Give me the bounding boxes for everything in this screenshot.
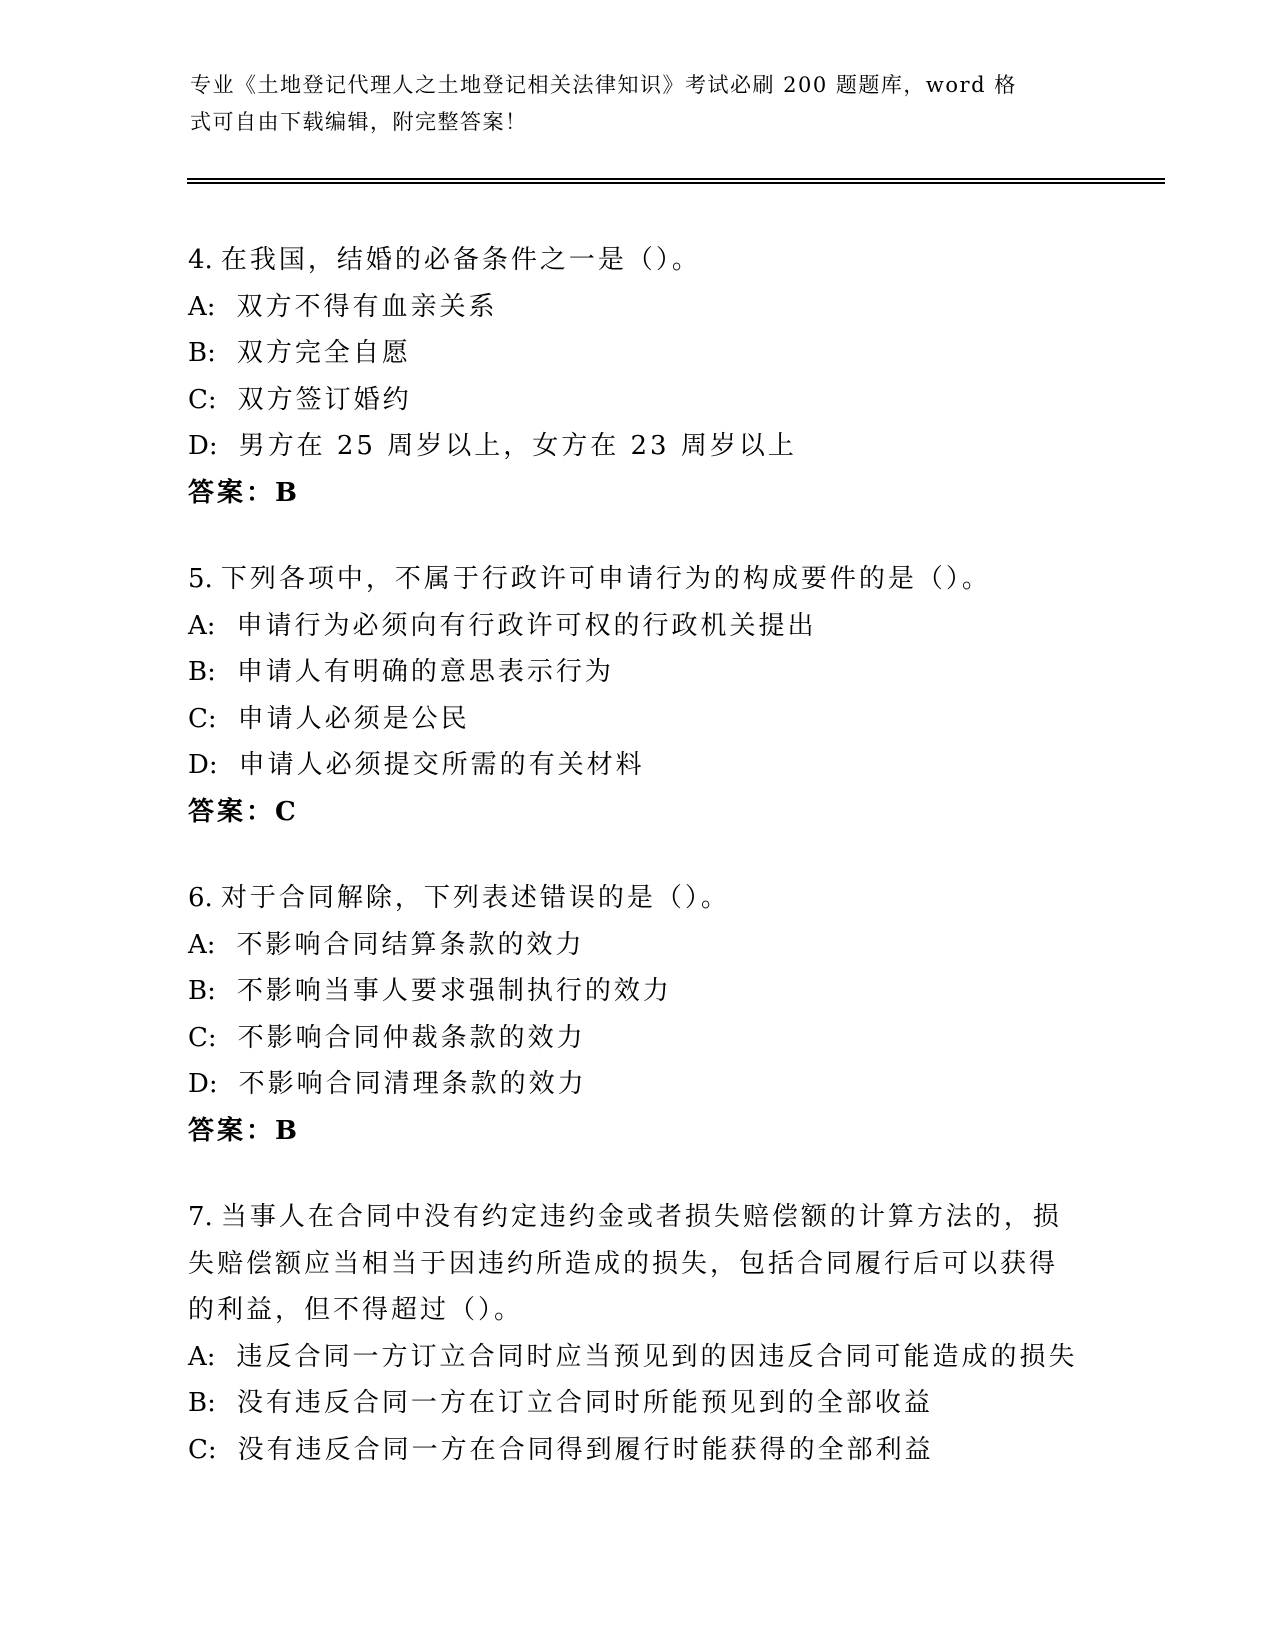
option-label: A: — [188, 292, 216, 322]
option-row: B:申请人有明确的意思表示行为 — [188, 649, 1168, 696]
question-number: 4. — [188, 245, 213, 275]
question-block: 5.下列各项中，不属于行政许可申请行为的构成要件的是（）。A:申请行为必须向有行… — [188, 556, 1168, 835]
option-text: 双方不得有血亲关系 — [237, 292, 498, 322]
option-label: B: — [188, 338, 216, 368]
question-stem-text: 对于合同解除，下列表述错误的是（）。 — [221, 883, 730, 913]
option-label: C: — [188, 1435, 217, 1465]
question-stem-line: 失赔偿额应当相当于因违约所造成的损失，包括合同履行后可以获得 — [188, 1241, 1168, 1288]
option-text: 双方完全自愿 — [237, 338, 411, 368]
option-text: 不影响当事人要求强制执行的效力 — [237, 976, 672, 1006]
question-number: 7. — [188, 1202, 213, 1232]
question-stem-line: 7.当事人在合同中没有约定违约金或者损失赔偿额的计算方法的，损 — [188, 1194, 1168, 1241]
option-text: 申请人必须提交所需的有关材料 — [239, 750, 645, 780]
option-row: D:不影响合同清理条款的效力 — [188, 1061, 1168, 1108]
option-label: B: — [188, 1388, 216, 1418]
option-text: 没有违反合同一方在订立合同时所能预见到的全部收益 — [237, 1388, 933, 1418]
option-label: A: — [188, 611, 216, 641]
header-line: 专业《土地登记代理人之土地登记相关法律知识》考试必刷 200 题题库，word … — [190, 67, 1170, 104]
option-label: D: — [188, 750, 218, 780]
option-row: A:申请行为必须向有行政许可权的行政机关提出 — [188, 603, 1168, 650]
option-label: B: — [188, 657, 216, 687]
header-line: 式可自由下载编辑，附完整答案！ — [190, 104, 1170, 141]
option-label: C: — [188, 704, 217, 734]
question-stem-line: 的利益，但不得超过（）。 — [188, 1287, 1168, 1334]
question-stem-text: 下列各项中，不属于行政许可申请行为的构成要件的是（）。 — [221, 564, 991, 594]
option-row: B:没有违反合同一方在订立合同时所能预见到的全部收益 — [188, 1380, 1168, 1427]
page-header-note: 专业《土地登记代理人之土地登记相关法律知识》考试必刷 200 题题库，word … — [190, 67, 1170, 141]
question-stem-text: 当事人在合同中没有约定违约金或者损失赔偿额的计算方法的，损 — [221, 1202, 1062, 1232]
option-row: D:男方在 25 周岁以上，女方在 23 周岁以上 — [188, 423, 1168, 470]
option-text: 双方签订婚约 — [238, 385, 412, 415]
option-label: B: — [188, 976, 216, 1006]
question-block: 6.对于合同解除，下列表述错误的是（）。A:不影响合同结算条款的效力B:不影响当… — [188, 875, 1168, 1154]
option-row: A:违反合同一方订立合同时应当预见到的因违反合同可能造成的损失 — [188, 1334, 1168, 1381]
question-number: 5. — [188, 564, 213, 594]
question-stem-text: 的利益，但不得超过（）。 — [188, 1295, 523, 1325]
question-block: 7.当事人在合同中没有约定违约金或者损失赔偿额的计算方法的，损失赔偿额应当相当于… — [188, 1194, 1168, 1473]
option-text: 申请人有明确的意思表示行为 — [237, 657, 614, 687]
question-number: 6. — [188, 883, 213, 913]
question-stem-text: 在我国，结婚的必备条件之一是（）。 — [221, 245, 701, 275]
option-row: C:没有违反合同一方在合同得到履行时能获得的全部利益 — [188, 1427, 1168, 1474]
question-block: 4.在我国，结婚的必备条件之一是（）。A:双方不得有血亲关系B:双方完全自愿C:… — [188, 237, 1168, 516]
option-row: C:申请人必须是公民 — [188, 696, 1168, 743]
option-label: C: — [188, 385, 217, 415]
option-row: A:双方不得有血亲关系 — [188, 284, 1168, 331]
option-label: A: — [188, 1342, 216, 1372]
option-label: A: — [188, 930, 216, 960]
document-page: 专业《土地登记代理人之土地登记相关法律知识》考试必刷 200 题题库，word … — [0, 0, 1275, 1650]
answer-line: 答案：B — [188, 470, 1168, 517]
option-text: 违反合同一方订立合同时应当预见到的因违反合同可能造成的损失 — [237, 1342, 1078, 1372]
question-stem-text: 失赔偿额应当相当于因违约所造成的损失，包括合同履行后可以获得 — [188, 1249, 1058, 1279]
option-label: D: — [188, 431, 218, 461]
answer-line: 答案：B — [188, 1108, 1168, 1155]
option-row: B:不影响当事人要求强制执行的效力 — [188, 968, 1168, 1015]
option-row: A:不影响合同结算条款的效力 — [188, 922, 1168, 969]
question-stem-line: 4.在我国，结婚的必备条件之一是（）。 — [188, 237, 1168, 284]
option-text: 申请人必须是公民 — [238, 704, 470, 734]
option-row: C:不影响合同仲裁条款的效力 — [188, 1015, 1168, 1062]
answer-line: 答案：C — [188, 789, 1168, 836]
option-text: 男方在 25 周岁以上，女方在 23 周岁以上 — [239, 431, 797, 461]
option-text: 不影响合同结算条款的效力 — [237, 930, 585, 960]
question-stem-line: 5.下列各项中，不属于行政许可申请行为的构成要件的是（）。 — [188, 556, 1168, 603]
option-text: 申请行为必须向有行政许可权的行政机关提出 — [237, 611, 817, 641]
option-text: 不影响合同仲裁条款的效力 — [238, 1023, 586, 1053]
option-label: C: — [188, 1023, 217, 1053]
option-row: B:双方完全自愿 — [188, 330, 1168, 377]
option-row: C:双方签订婚约 — [188, 377, 1168, 424]
header-divider — [187, 178, 1165, 184]
option-row: D:申请人必须提交所需的有关材料 — [188, 742, 1168, 789]
option-text: 不影响合同清理条款的效力 — [239, 1069, 587, 1099]
option-text: 没有违反合同一方在合同得到履行时能获得的全部利益 — [238, 1435, 934, 1465]
questions: 4.在我国，结婚的必备条件之一是（）。A:双方不得有血亲关系B:双方完全自愿C:… — [188, 237, 1168, 1513]
question-stem-line: 6.对于合同解除，下列表述错误的是（）。 — [188, 875, 1168, 922]
option-label: D: — [188, 1069, 218, 1099]
